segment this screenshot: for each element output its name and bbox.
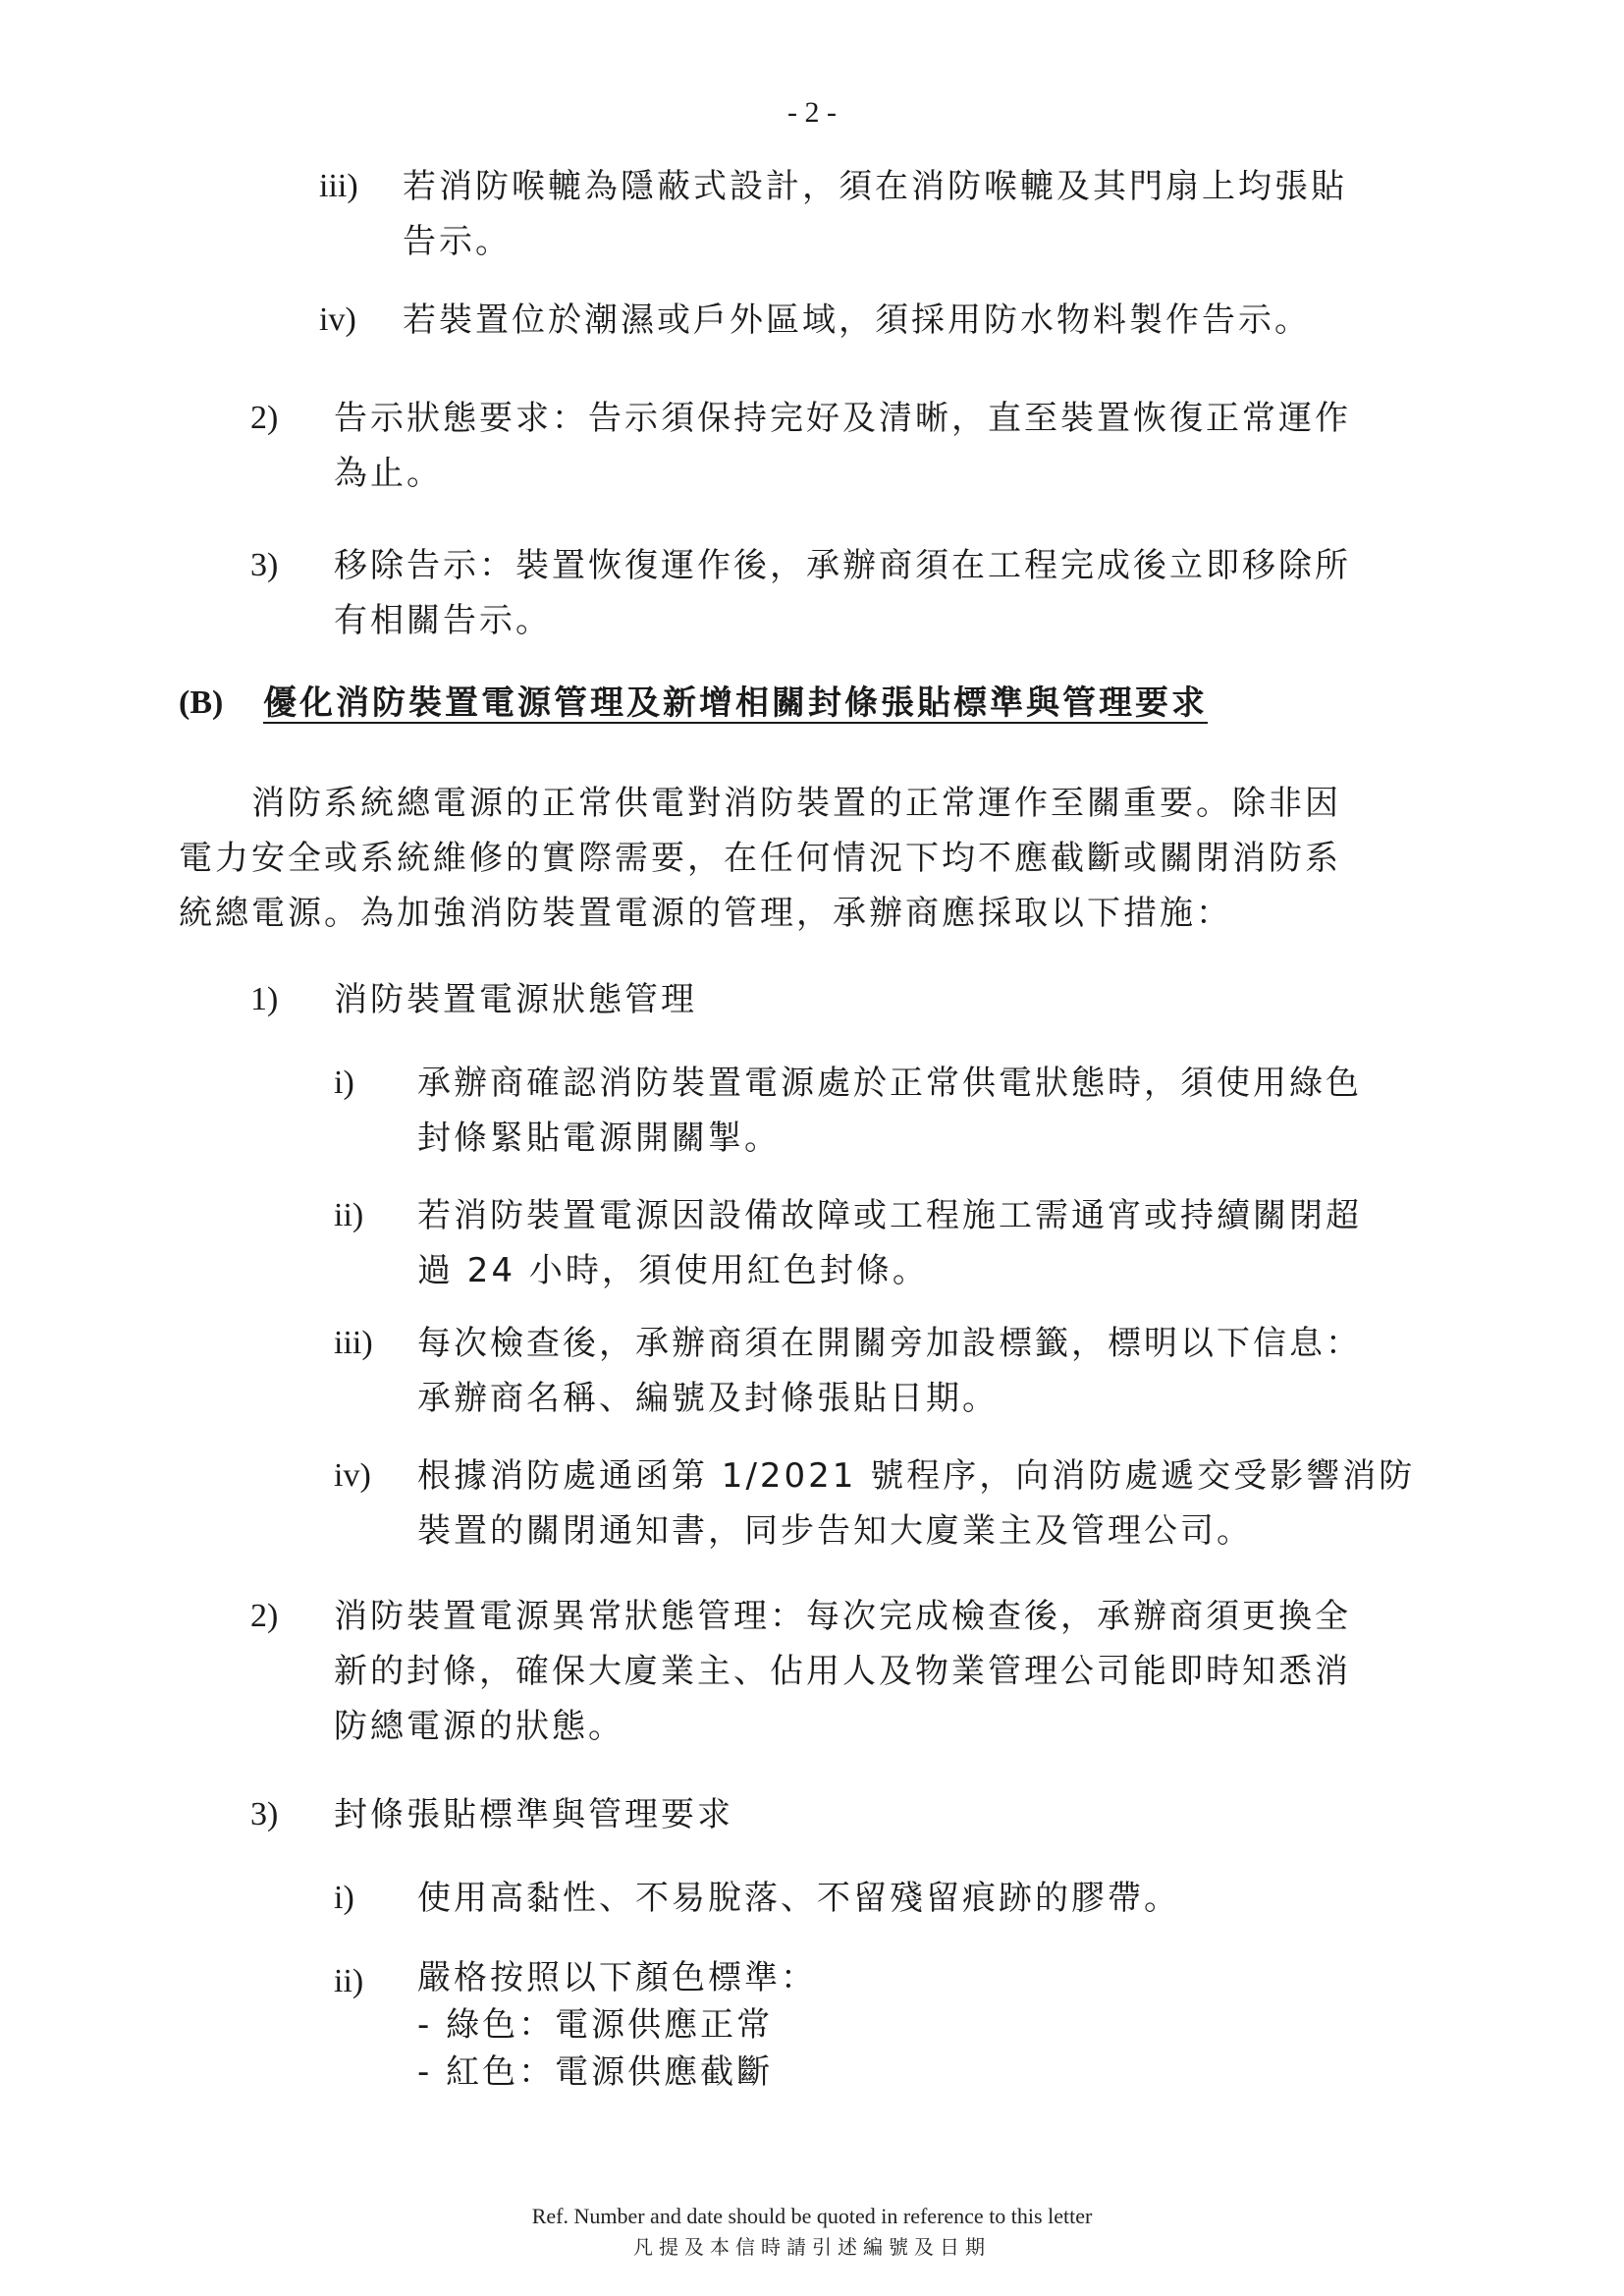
list-marker: iii) [334,1316,373,1371]
list-text: 封條張貼標準與管理要求 [334,1787,733,1842]
footer-reference-note-zh: 凡提及本信時請引述編號及日期 [0,2231,1624,2260]
list-marker: i) [334,1871,354,1926]
list-text: 使用高黏性、不易脫落、不留殘留痕跡的膠帶。 [417,1871,1180,1926]
list-marker: iv) [319,293,356,348]
page-number: - 2 - [0,96,1624,130]
list-marker: ii) [334,1188,363,1243]
section-marker: (B) [179,676,223,731]
list-text: 消防裝置電源狀態管理 [334,972,697,1027]
list-marker: 2) [250,1589,278,1644]
list-text: 嚴格按照以下顏色標準： - 綠色：電源供應正常 - 紅色：電源供應截斷 [417,1954,817,2096]
list-marker: 2) [250,391,278,446]
list-marker: i) [334,1056,354,1111]
list-text: 承辦商確認消防裝置電源處於正常供電狀態時，須使用綠色 封條緊貼電源開關掣。 [417,1056,1362,1166]
list-marker: 3) [250,538,278,593]
list-text: 移除告示：裝置恢復運作後，承辦商須在工程完成後立即移除所 有相關告示。 [334,538,1351,648]
list-text: 若消防裝置電源因設備故障或工程施工需通宵或持續關閉超 過 24 小時，須使用紅色… [417,1188,1362,1298]
intro-paragraph: 消防系統總電源的正常供電對消防裝置的正常運作至關重要。除非因 電力安全或系統維修… [179,776,1341,941]
list-marker: ii) [334,1954,363,2009]
list-marker: iv) [334,1449,371,1503]
footer-reference-note-en: Ref. Number and date should be quoted in… [0,2204,1624,2229]
list-marker: 1) [250,972,278,1027]
list-marker: iii) [319,159,358,214]
list-text: 告示狀態要求：告示須保持完好及清晰，直至裝置恢復正常運作 為止。 [334,391,1351,501]
list-text: 每次檢查後，承辦商須在開關旁加設標籤，標明以下信息： 承辦商名稱、編號及封條張貼… [417,1316,1362,1426]
list-text: 若裝置位於潮濕或戶外區域，須採用防水物料製作告示。 [403,293,1311,348]
list-text: 根據消防處通函第 1/2021 號程序，向消防處遞交受影響消防 裝置的關閉通知書… [417,1449,1415,1558]
list-text: 消防裝置電源異常狀態管理：每次完成檢查後，承辦商須更換全 新的封條，確保大廈業主… [334,1589,1351,1754]
section-title: 優化消防裝置電源管理及新增相關封條張貼標準與管理要求 [263,676,1208,731]
list-text: 若消防喉轆為隱蔽式設計，須在消防喉轆及其門扇上均張貼 告示。 [403,159,1347,269]
list-marker: 3) [250,1787,278,1842]
